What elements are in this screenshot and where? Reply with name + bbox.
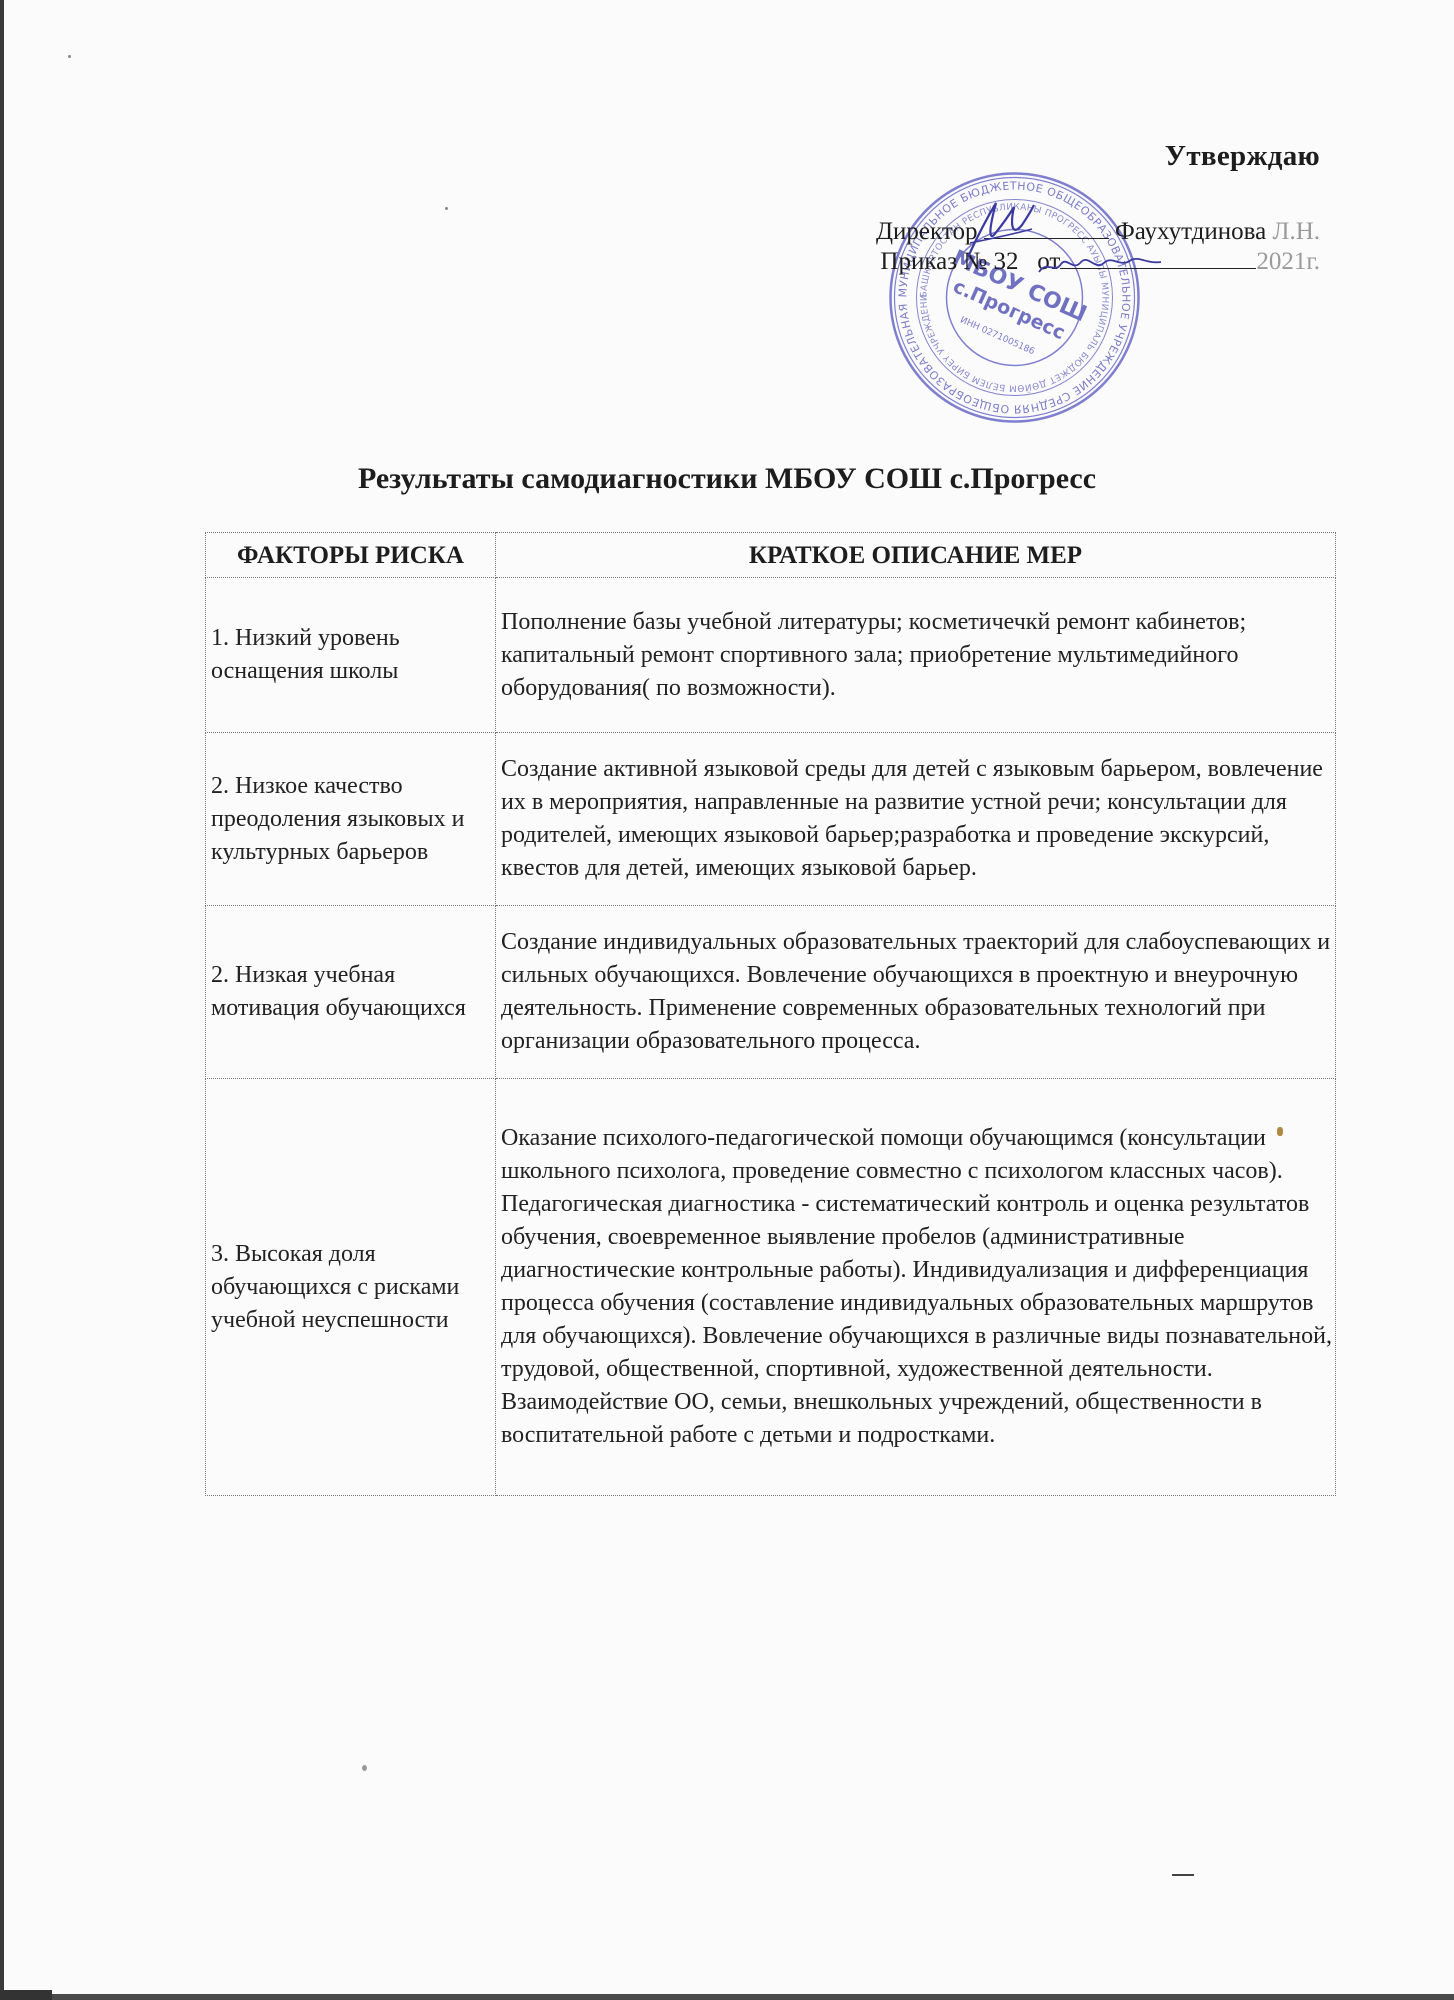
scan-speck [1277, 1127, 1283, 1136]
risk-factor-cell: 3. Высокая доля обучающихся с рисками уч… [206, 1079, 496, 1496]
scan-edge-bottom [0, 1994, 1454, 2000]
measures-cell: Создание активной языковой среды для дет… [496, 733, 1336, 906]
order-year: 2021г. [1256, 248, 1320, 275]
table-row: 2. Низкое качество преодоления языковых … [206, 733, 1336, 906]
measures-cell: Оказание психолого-педагогической помощи… [496, 1079, 1336, 1496]
scan-speck [445, 207, 448, 210]
scan-edge-corner [0, 1990, 52, 2000]
scan-speck [362, 1765, 367, 1771]
scan-edge-left [0, 0, 4, 2000]
risk-factor-cell: 2. Низкое качество преодоления языковых … [206, 733, 496, 906]
document-title: Результаты самодиагностики МБОУ СОШ с.Пр… [0, 462, 1454, 496]
scan-mark [1172, 1874, 1194, 1876]
director-initials: Л.Н. [1272, 218, 1320, 245]
risk-factor-cell: 1. Низкий уровень оснащения школы [206, 578, 496, 733]
table-row: 2. Низкая учебная мотивация обучающихся … [206, 906, 1336, 1079]
approval-title: Утверждаю [1165, 140, 1320, 173]
header-risk-factors: ФАКТОРЫ РИСКА [206, 533, 496, 578]
table-header-row: ФАКТОРЫ РИСКА КРАТКОЕ ОПИСАНИЕ МЕР [206, 533, 1336, 578]
header-measures: КРАТКОЕ ОПИСАНИЕ МЕР [496, 533, 1336, 578]
date-handwriting-icon [1035, 250, 1165, 280]
director-name: Фаухутдинова [1115, 218, 1266, 245]
table-row: 1. Низкий уровень оснащения школы Пополн… [206, 578, 1336, 733]
measures-cell: Создание индивидуальных образовательных … [496, 906, 1336, 1079]
table-row: 3. Высокая доля обучающихся с рисками уч… [206, 1079, 1336, 1496]
scan-speck [68, 55, 71, 58]
director-line: Директор Фаухутдинова Л.Н. [876, 216, 1320, 246]
measures-cell: Пополнение базы учебной литературы; косм… [496, 578, 1336, 733]
risk-factor-cell: 2. Низкая учебная мотивация обучающихся [206, 906, 496, 1079]
director-signature-icon [960, 195, 1040, 265]
risk-measures-table: ФАКТОРЫ РИСКА КРАТКОЕ ОПИСАНИЕ МЕР 1. Ни… [205, 532, 1336, 1496]
